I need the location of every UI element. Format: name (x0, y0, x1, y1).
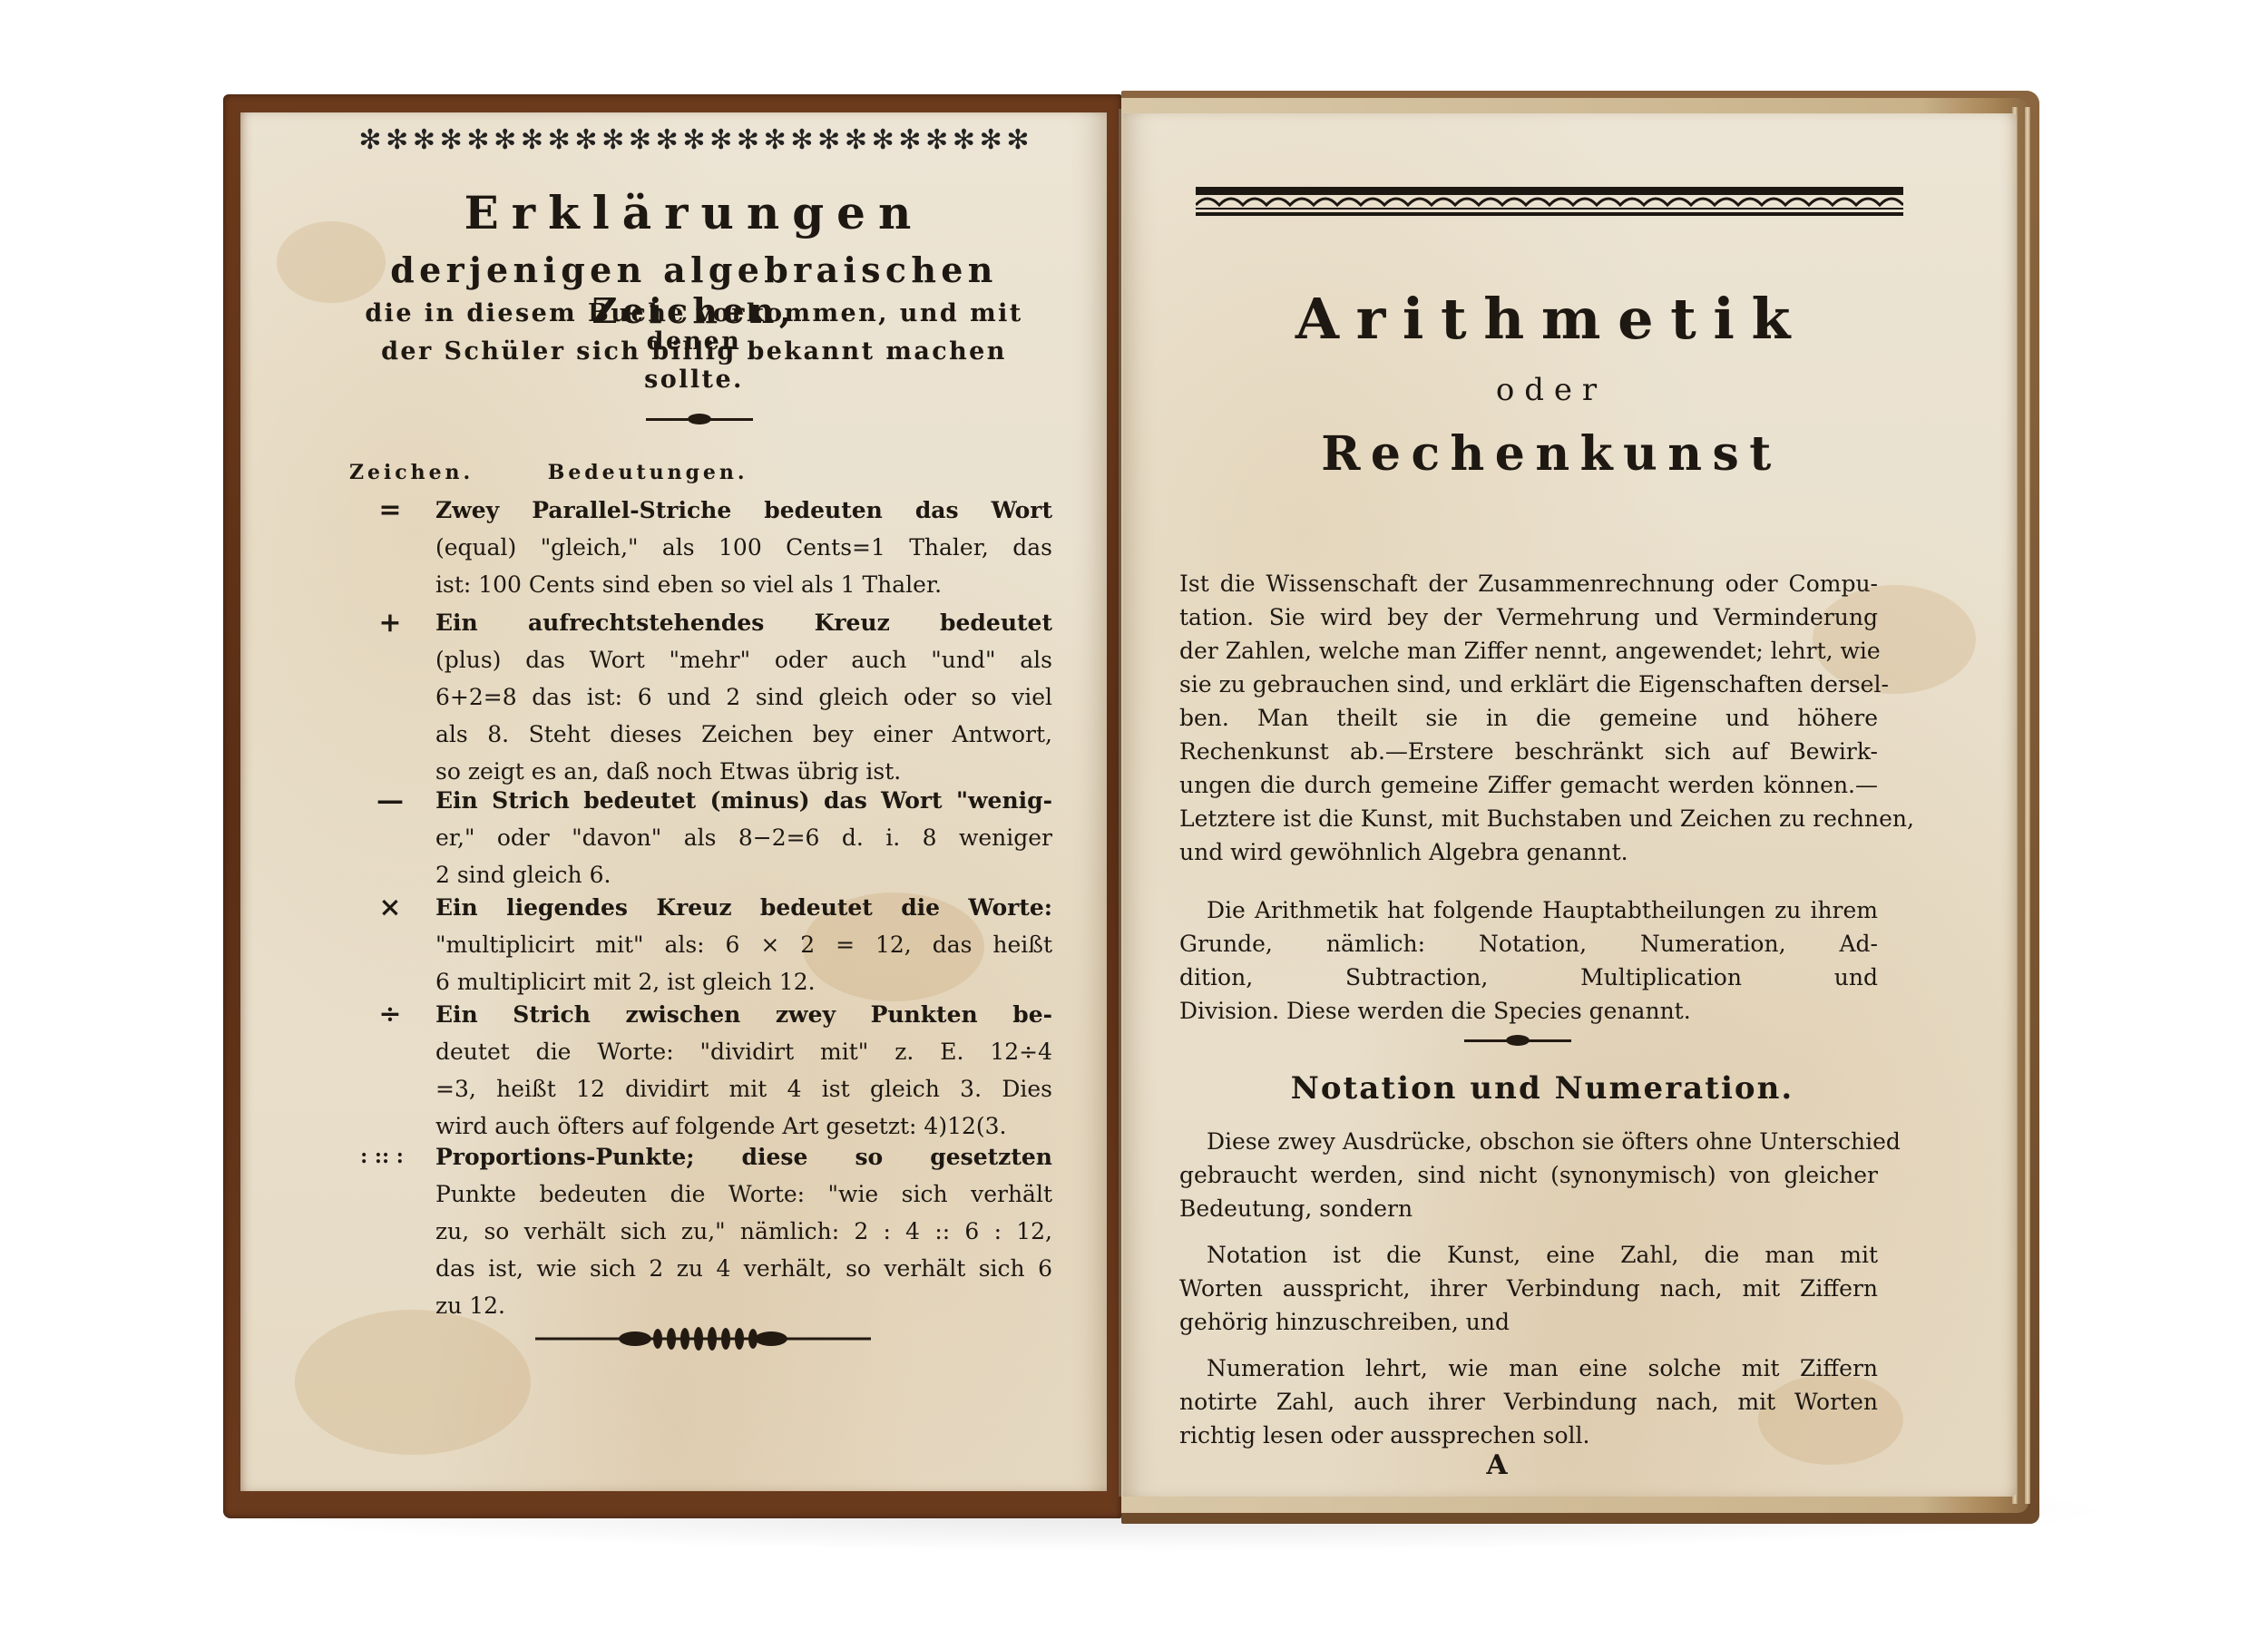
sign-entry-proportion: : :: : Proportions-Punkte; diese so gese… (349, 1138, 1052, 1324)
sign-entry-plus: + Ein aufrechtstehendes Kreuz bedeutet (… (349, 604, 1052, 790)
gutter (1119, 109, 1121, 1497)
entry-line: Ein aufrechtstehendes Kreuz bedeutet (435, 604, 1052, 641)
entry-line: Ein Strich bedeutet (minus) das Wort "we… (435, 782, 1052, 819)
paragraph-line: Ist die Wissenschaft der Zusammenrechnun… (1179, 567, 1878, 600)
sign-entry-multiply: × Ein liegendes Kreuz bedeutet die Worte… (349, 889, 1052, 1000)
entry-line: Ein liegendes Kreuz bedeutet die Worte: (435, 889, 1052, 926)
section-paragraph-1: Diese zwey Ausdrücke, obschon sie öfters… (1179, 1125, 1878, 1225)
star-border-ornament: ✻✻✻✻✻✻✻✻✻✻✻✻✻✻✻✻✻✻✻✻✻✻✻✻✻ (358, 127, 1030, 154)
multiply-sign: × (349, 889, 431, 926)
proportion-sign: : :: : (337, 1138, 427, 1175)
paragraph-line: Bedeutung, sondern (1179, 1192, 1878, 1225)
paragraph-line: ben. Man theilt sie in die gemeine und h… (1179, 701, 1878, 735)
header-meanings: Bedeutungen. (548, 461, 748, 484)
paragraph-line: Letztere ist die Kunst, mit Buchstaben u… (1179, 802, 1878, 835)
left-subtitle-line-3: der Schüler sich billig bekannt machen s… (349, 337, 1039, 394)
paragraph-line: tation. Sie wird bey der Vermehrung und … (1179, 600, 1878, 634)
entry-line: "multiplicirt mit" als: 6 × 2 = 12, das … (435, 926, 1052, 963)
paragraph-line: Die Arithmetik hat folgende Hauptabtheil… (1179, 893, 1878, 927)
paragraph-line: Diese zwey Ausdrücke, obschon sie öfters… (1179, 1125, 1878, 1158)
entry-line: zu 12. (435, 1287, 1052, 1324)
section-heading: Notation und Numeration. (1198, 1070, 1887, 1107)
page-edge-line (2025, 107, 2030, 1504)
leaf-tailpiece-ornament (535, 1326, 871, 1351)
equals-sign: = (349, 492, 431, 529)
paragraph-line: Numeration lehrt, wie man eine solche mi… (1179, 1351, 1878, 1385)
entry-line: 6 multiplicirt mit 2, ist gleich 12. (435, 963, 1052, 1000)
entry-line: =3, heißt 12 dividirt mit 4 ist gleich 3… (435, 1070, 1052, 1107)
column-headers: Zeichen. Bedeutungen. (349, 461, 748, 484)
paragraph-line: Division. Diese werden die Species genan… (1179, 994, 1878, 1028)
paragraph-line: notirte Zahl, auch ihrer Verbindung nach… (1179, 1385, 1878, 1419)
sign-entry-equals: = Zwey Parallel-Striche bedeuten das Wor… (349, 492, 1052, 603)
left-page-title: Erklärungen (363, 186, 1025, 239)
signature-mark: A (1461, 1449, 1533, 1481)
entry-line: deutet die Worte: "dividirt mit" z. E. 1… (435, 1033, 1052, 1070)
entry-line: das ist, wie sich 2 zu 4 verhält, so ver… (435, 1250, 1052, 1287)
entry-line: zu, so verhält sich zu," nämlich: 2 : 4 … (435, 1213, 1052, 1250)
paragraph-line: Grunde, nämlich: Notation, Numeration, A… (1179, 927, 1878, 961)
paragraph-line: der Zahlen, welche man Ziffer nennt, ang… (1179, 634, 1878, 668)
paragraph-line: Worten ausspricht, ihrer Verbindung nach… (1179, 1272, 1878, 1305)
plus-sign: + (349, 604, 431, 641)
paragraph-line: gehörig hinzuschreiben, und (1179, 1305, 1878, 1339)
dash-ornament (646, 415, 753, 423)
arch-border-ornament (1196, 187, 1903, 216)
divisions-paragraph: Die Arithmetik hat folgende Hauptabtheil… (1179, 893, 1878, 1028)
paragraph-line: gebraucht werden, sind nicht (synonymisc… (1179, 1158, 1878, 1192)
title-connector: oder (1207, 372, 1896, 408)
divide-sign: ÷ (349, 996, 431, 1033)
right-page-title: Arithmetik (1207, 286, 1896, 352)
section-paragraph-2: Notation ist die Kunst, eine Zahl, die m… (1179, 1238, 1878, 1339)
entry-line: Punkte bedeuten die Worte: "wie sich ver… (435, 1175, 1052, 1213)
entry-line: Ein Strich zwischen zwey Punkten be- (435, 996, 1052, 1033)
header-signs: Zeichen. (349, 461, 474, 484)
right-page-subtitle: Rechenkunst (1207, 426, 1896, 482)
paragraph-line: dition, Subtraction, Multiplication und (1179, 961, 1878, 994)
paragraph-line: ungen die durch gemeine Ziffer gemacht w… (1179, 768, 1878, 802)
dash-ornament (1464, 1037, 1571, 1044)
entry-line: ist: 100 Cents sind eben so viel als 1 T… (435, 566, 1052, 603)
sign-entry-minus: — Ein Strich bedeutet (minus) das Wort "… (349, 782, 1052, 893)
entry-line: (plus) das Wort "mehr" oder auch "und" a… (435, 641, 1052, 678)
paragraph-line: Rechenkunst ab.—Erstere beschränkt sich … (1179, 735, 1878, 768)
sign-entry-divide: ÷ Ein Strich zwischen zwey Punkten be- d… (349, 996, 1052, 1145)
entry-line: 6+2=8 das ist: 6 und 2 sind gleich oder … (435, 678, 1052, 716)
minus-sign: — (349, 782, 431, 819)
intro-paragraph: Ist die Wissenschaft der Zusammenrechnun… (1179, 567, 1878, 869)
entry-line: Proportions-Punkte; diese so gesetzten (435, 1138, 1052, 1175)
entry-line: er," oder "davon" als 8−2=6 d. i. 8 weni… (435, 819, 1052, 856)
entry-line: (equal) "gleich," als 100 Cents=1 Thaler… (435, 529, 1052, 566)
entry-line: 2 sind gleich 6. (435, 856, 1052, 893)
entry-line: als 8. Steht dieses Zeichen bey einer An… (435, 716, 1052, 753)
section-paragraph-3: Numeration lehrt, wie man eine solche mi… (1179, 1351, 1878, 1452)
paragraph-line: sie zu gebrauchen sind, und erklärt die … (1179, 668, 1878, 701)
paragraph-line: Notation ist die Kunst, eine Zahl, die m… (1179, 1238, 1878, 1272)
paragraph-line: und wird gewöhnlich Algebra genannt. (1179, 835, 1878, 869)
entry-line: Zwey Parallel-Striche bedeuten das Wort (435, 492, 1052, 529)
paragraph-line: richtig lesen oder aussprechen soll. (1179, 1419, 1878, 1452)
